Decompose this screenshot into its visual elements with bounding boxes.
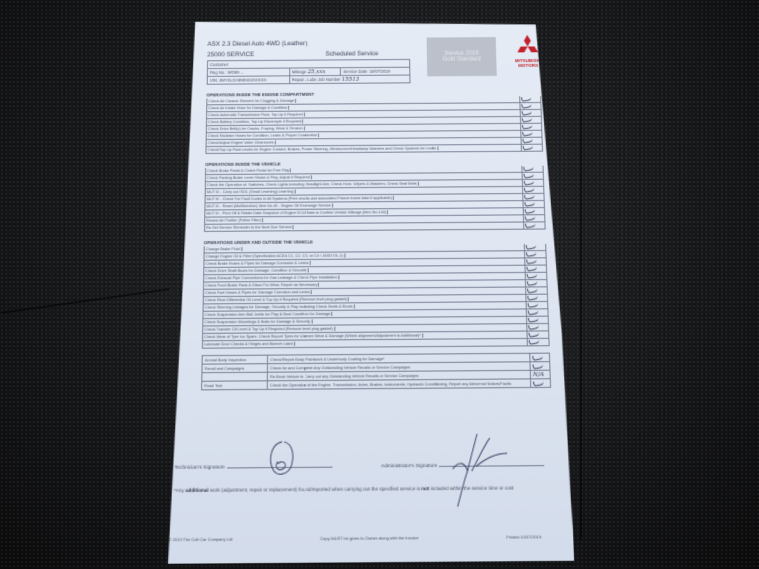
handwritten-tick-icon (533, 379, 544, 387)
handwritten-tick-icon (524, 186, 535, 193)
checklist-item-text: MUT III - Check For Fault Codes in All S… (207, 196, 394, 201)
handwritten-tick-icon (523, 172, 534, 179)
handwritten-tick-icon (528, 338, 539, 345)
checklist-item-text: Check Battery Condition, Top Up Electrol… (208, 119, 303, 124)
operations-table: Check Brake Pedal & Clutch Pedal for Fre… (204, 166, 546, 232)
handwritten-tick-icon (526, 265, 537, 272)
handwritten-tick-icon (526, 258, 537, 265)
handwritten-tick-icon (524, 208, 535, 215)
checklist-item-text: Check Steering Linkages for Damage, Secu… (205, 304, 355, 309)
checklist-item-text: Check Transfer Oil Level & Top Up if Req… (204, 327, 335, 332)
check-box[interactable] (521, 144, 542, 151)
extra-check-row: Road TestCheck the Operation of the Engi… (202, 379, 551, 390)
check-box[interactable] (527, 324, 549, 332)
handwritten-tick-icon (522, 123, 533, 130)
checklist-item-text: Check Rear Differential Oil Level & Top … (205, 297, 349, 302)
checklist-item-text: Check Suspension Arm Ball Joints for Pla… (204, 312, 332, 317)
checklist-item-text: MUT III - Reset (Multifunction) Item No.… (206, 203, 332, 208)
checklist-item-text: Check Drive Shaft Boots for Damage, Cond… (205, 268, 308, 273)
extra-check-text: Check the Operation of the Engine, Trans… (267, 379, 531, 389)
handwritten-tick-icon (527, 294, 538, 301)
checklist-item-text: Lubricate Door Checks & Hinges and Bonne… (204, 342, 295, 347)
handwritten-tick-icon (528, 316, 539, 323)
technician-signature-scribble (263, 435, 305, 479)
handwritten-tick-icon (523, 179, 534, 186)
checklist-item-text: MUT III - Carry out ISOL (Small Learning… (207, 190, 296, 195)
document-body: ASX 2.3 Diesel Auto 4WD (Leather) 25000 … (201, 33, 545, 390)
handwritten-tick-icon (523, 166, 534, 172)
checklist-item-text: Check Air Cleaner Element for Clogging &… (208, 99, 296, 104)
handwritten-tick-icon (521, 103, 532, 110)
extra-check-label: Road Test (202, 381, 268, 390)
copy-note: Copy MUST be given to Owner along with t… (320, 535, 418, 541)
handwritten-tick-icon (522, 144, 533, 151)
checklist-item-text: Check Brake Pedal & Clutch Pedal for Fre… (207, 168, 291, 173)
handwritten-tick-icon (524, 193, 535, 200)
service-type: Scheduled Service (325, 50, 378, 57)
handwritten-tick-icon (527, 309, 538, 316)
checklist-item-text: Check/Adjust Engine Valve Clearances (208, 141, 276, 145)
handwritten-tick-icon (521, 96, 532, 102)
handwritten-tick-icon (524, 200, 535, 207)
checklist-item-text: Check the Operation of: Switches, Check … (207, 182, 419, 188)
vehicle-details-table: Customer: Reg No.: WO69 ... Mileage 25,x… (207, 59, 411, 85)
document-footer: © 2019 The Colt Car Company Ltd Copy MUS… (168, 534, 541, 542)
additional-checks-table: Annual Body InspectionCheck/Report Body … (201, 353, 551, 391)
three-diamonds-icon (514, 35, 540, 58)
handwritten-tick-icon (527, 280, 538, 287)
handwritten-tick-icon (528, 331, 539, 338)
check-box[interactable] (524, 222, 546, 229)
checklist-item-text: Check Front Brake Pads & Discs For Wear,… (205, 283, 319, 288)
handwritten-tick-icon (526, 272, 537, 279)
checklist-item-text: Check Air Intake Hose for Damage & Condi… (208, 106, 289, 111)
checklist-item-text: Check Fuel Hoses & Pipes for Damage Corr… (205, 290, 312, 295)
check-box[interactable] (527, 338, 549, 346)
operations-sections: OPERATIONS INSIDE THE ENGINE COMPARTMENT… (202, 90, 544, 348)
handwritten-tick-icon (525, 222, 536, 229)
handwritten-tick-icon (522, 130, 533, 137)
checklist-item-text: Check Exhaust Pipe Connections for Gas L… (205, 275, 339, 280)
repair-job-number-field: Repair / Lube Job Number 15513 (289, 75, 410, 84)
checklist-row: Check/Top Up Fluid Levels for Engine Coo… (206, 144, 543, 153)
checklist-row: Lubricate Door Checks & Hinges and Bonne… (202, 338, 549, 348)
handwritten-tick-icon (532, 362, 543, 370)
check-box[interactable]: N/A (530, 370, 550, 379)
check-box[interactable] (530, 353, 550, 362)
handwritten-tick-icon (521, 109, 532, 116)
service-checklist-sheet: ASX 2.3 Diesel Auto 4WD (Leather) 25000 … (168, 19, 574, 563)
checklist-item-text: Check/Top Up Fluid Levels for Engine Coo… (207, 146, 438, 152)
handwritten-tick-icon (528, 324, 539, 331)
handwritten-tick-icon (525, 244, 536, 250)
checklist-item-text: Change Engine Oil & Filter (Specificatio… (206, 254, 346, 259)
administrator-signature-scribble (443, 423, 529, 512)
handwritten-tick-icon (521, 116, 532, 123)
vin-field: VIN: JMYXLGA8WHZ4XXXXX (207, 76, 289, 84)
checklist-item-text: Check Suspension Mountings & Bolts for D… (204, 319, 312, 324)
technician-signature-field: Technician's Signature (174, 464, 332, 471)
printed-date: Printed 10/07/2019 (506, 534, 541, 540)
checklist-item-text: Check Drive Belt(s) for Cracks, Fraying,… (208, 126, 305, 131)
seat-seam (580, 40, 582, 540)
checklist-item-text: Check Wear of Tyre Inc Spare, Check Repo… (204, 333, 423, 339)
handwritten-tick-icon (525, 215, 536, 222)
checklist-item-text: Check Brake Hoses & Pipes for Damage Cor… (205, 261, 310, 266)
checklist-item-text: Check Radiator Hoses for Condition, Leak… (208, 133, 319, 138)
service-name: 25000 SERVICE (207, 51, 254, 58)
handwritten-tick-icon (527, 287, 538, 294)
operations-table: Check Air Cleaner Element for Clogging &… (205, 96, 543, 154)
checklist-row: Re-Set Service Reminder to the Next Due … (205, 222, 546, 232)
checklist-item-text: Renew Air Purifier (Pollen Filter) (206, 218, 263, 222)
checklist-item-text: MUT III - Print Off & Retain Data Snapsh… (206, 210, 388, 215)
checklist-item-text: Re-Set Service Reminder to the Next Due … (206, 225, 294, 230)
checklist-item-text: Change Brake Fluid (206, 247, 242, 251)
check-box[interactable] (530, 362, 550, 371)
service-award-stamp: Service 2019 Gold Standard (427, 37, 497, 76)
handwritten-tick-icon (526, 251, 537, 258)
checklist-item-text: Check Parking Brake Lever Stroke & Play,… (207, 175, 312, 180)
check-box[interactable] (531, 379, 551, 388)
handwritten-mark: N/A (533, 371, 544, 377)
handwritten-tick-icon (532, 353, 543, 360)
copyright-text: © 2019 The Colt Car Company Ltd (168, 536, 232, 542)
operations-table: Change Brake FluidChange Engine Oil & Fi… (202, 244, 550, 349)
handwritten-tick-icon (527, 301, 538, 308)
handwritten-tick-icon (522, 137, 533, 144)
checklist-item-text: Check Automatic Transmission Fluid, Top … (208, 113, 305, 118)
